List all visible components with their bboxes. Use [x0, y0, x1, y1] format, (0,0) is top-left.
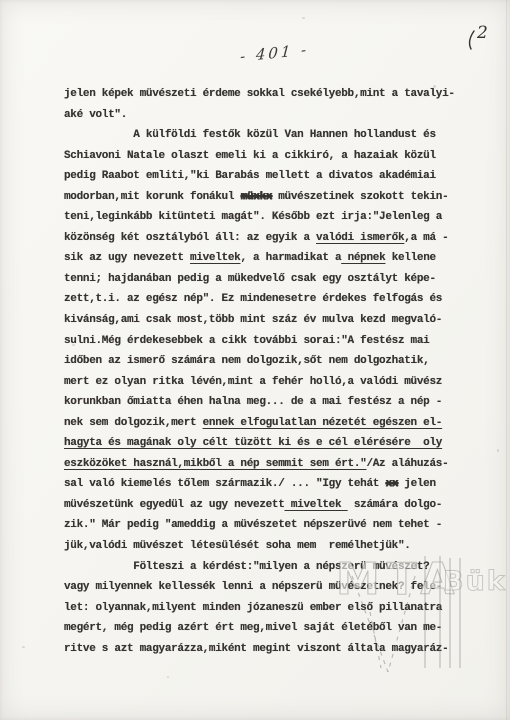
text-line: sal való kiemelés tőlem származik./ ... …: [64, 474, 455, 495]
text-segment: sulni.Még érdekesebbek a cikk további so…: [64, 335, 429, 347]
paper-speck: [167, 676, 169, 678]
text-line: zik." Már pedig "ameddig a müvészetet né…: [64, 515, 455, 536]
text-segment: Fölteszi a kérdést:"milyen a népszerü mü…: [64, 561, 429, 573]
text-line: Fölteszi a kérdést:"milyen a népszerü mü…: [64, 557, 455, 578]
underlined-text: miveltek: [190, 252, 240, 264]
text-line: let: olyannak,milyent minden józaneszü e…: [64, 598, 455, 619]
text-line: korunkban őmiatta éhen halna meg... de a…: [64, 392, 455, 413]
text-line: A külföldi festők közül Van Hannen holla…: [64, 125, 455, 146]
text-line: hagyta és magának oly célt tüzött ki és …: [64, 433, 455, 454]
text-line: nek sem dolgozik,mert ennek elfogulatlan…: [64, 413, 455, 434]
underlined-text: népnek: [341, 252, 385, 264]
text-line: modorban,mit korunk fonákul müxkx müvész…: [64, 187, 455, 208]
text-line: Schiavoni Natale olaszt emeli ki a cikki…: [64, 146, 455, 167]
text-line: aké volt".: [64, 105, 455, 126]
paper-speck: [22, 646, 25, 648]
text-segment: jelen: [398, 478, 436, 490]
text-segment: jelen képek müvészeti érdeme sokkal csek…: [64, 88, 455, 100]
text-segment: ,a má -: [404, 232, 448, 244]
text-line: mert ez olyan ritka lévén,mint a fehér h…: [64, 372, 455, 393]
text-segment: kivánság,ami csak most,több mint száz év…: [64, 314, 442, 326]
text-line: közönség két osztályból áll: az egyik a …: [64, 228, 455, 249]
text-segment: sik az ugy nevezett: [64, 252, 190, 264]
underlined-text: miveltek: [285, 499, 348, 511]
text-line: pedig Raabot emliti,"ki Barabás mellett …: [64, 166, 455, 187]
text-line: vagy milyennek kellessék lenni a népszer…: [64, 577, 455, 598]
text-segment: aké volt".: [64, 109, 127, 121]
text-segment: let: olyannak,milyent minden józaneszü e…: [64, 602, 442, 614]
text-segment: mert ez olyan ritka lévén,mint a fehér h…: [64, 376, 442, 388]
text-line: jük,valódi müvészet létesülését soha mem…: [64, 536, 455, 557]
text-segment: müvészetünk egyedül az ugy nevezett: [64, 499, 285, 511]
text-segment: müvészetinek szokott tekin-: [272, 191, 448, 203]
corner-annotation: 2: [464, 16, 500, 56]
scan-edge-shadow: [506, 0, 507, 720]
paper-speck: [433, 85, 436, 88]
text-segment: zett,t.i. az egész nép". Ez mindenesetre…: [64, 293, 442, 305]
corner-number: 2: [476, 23, 488, 43]
underlined-text: hagyta és magának oly célt tüzött ki és …: [64, 437, 442, 449]
typewritten-text: jelen képek müvészeti érdeme sokkal csek…: [64, 84, 455, 659]
text-line: kivánság,ami csak most,több mint száz év…: [64, 310, 455, 331]
text-segment: ritve s azt magyarázza,miként megint vis…: [64, 643, 448, 655]
underlined-text: valódi ismerők: [316, 232, 404, 244]
text-segment: vagy milyennek kellessék lenni a népszer…: [64, 581, 442, 593]
text-line: müvészetünk egyedül az ugy nevezett mive…: [64, 495, 455, 516]
text-segment: korunkban őmiatta éhen halna meg... de a…: [64, 396, 442, 408]
underlined-text: ennek elfogulatlan nézetét egészen el-: [203, 417, 442, 429]
page-number: - 401 -: [240, 40, 310, 65]
text-segment: , a harmadikat a: [240, 252, 341, 264]
text-line: tenni; hajdanában pedig a mükedvelő csak…: [64, 269, 455, 290]
text-line: sulni.Még érdekesebbek a cikk további so…: [64, 331, 455, 352]
text-line: sik az ugy nevezett miveltek, a harmadik…: [64, 248, 455, 269]
text-segment: pedig Raabot emliti,"ki Barabás mellett …: [64, 170, 436, 182]
text-segment: modorban,mit korunk fonákul: [64, 191, 240, 203]
struck-text: müxkx: [240, 191, 272, 203]
text-segment: /Az aláhuzás-: [366, 458, 448, 470]
text-segment: kellene: [385, 252, 435, 264]
paper-speck: [72, 344, 75, 346]
text-line: időben az ismerő számára nem dolgozik,ső…: [64, 351, 455, 372]
text-segment: A külföldi festők közül Van Hannen holla…: [64, 129, 436, 141]
text-line: jelen képek müvészeti érdeme sokkal csek…: [64, 84, 455, 105]
document-page: - 401 - 2 jelen képek müvészeti érdeme s…: [0, 0, 510, 720]
text-segment: zik." Már pedig "ameddig a müvészetet né…: [64, 519, 442, 531]
text-line: teni,leginkább kitünteti magát". Később …: [64, 207, 455, 228]
paper-speck: [302, 17, 305, 19]
text-line: zett,t.i. az egész nép". Ez mindenesetre…: [64, 289, 455, 310]
text-line: megért, még pedig azért ért meg,mivel sa…: [64, 618, 455, 639]
text-segment: nek sem dolgozik,mert: [64, 417, 203, 429]
text-segment: tenni; hajdanában pedig a mükedvelő csak…: [64, 273, 436, 285]
text-segment: jük,valódi müvészet létesülését soha mem…: [64, 540, 411, 552]
paper-speck: [497, 449, 499, 452]
text-segment: időben az ismerő számára nem dolgozik,ső…: [64, 355, 429, 367]
text-segment: közönség két osztályból áll: az egyik a: [64, 232, 316, 244]
text-line: ritve s azt magyarázza,miként megint vis…: [64, 639, 455, 660]
text-segment: teni,leginkább kitünteti magát". Később …: [64, 211, 442, 223]
underlined-text: eszközöket használ,mikből a nép semmit s…: [64, 458, 366, 470]
text-segment: megért, még pedig azért ért meg,mivel sa…: [64, 622, 442, 634]
pen-swash: [470, 31, 474, 49]
text-line: eszközöket használ,mikből a nép semmit s…: [64, 454, 455, 475]
text-segment: számára dolgo-: [348, 499, 443, 511]
struck-text: xx: [385, 478, 398, 490]
text-segment: sal való kiemelés tőlem származik./ ... …: [64, 478, 385, 490]
text-segment: Schiavoni Natale olaszt emeli ki a cikki…: [64, 150, 436, 162]
